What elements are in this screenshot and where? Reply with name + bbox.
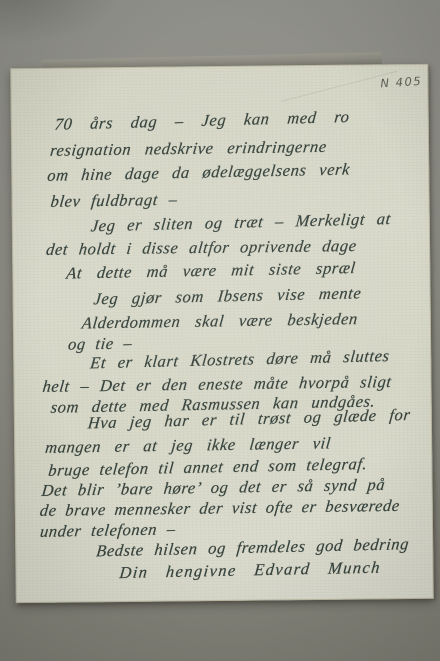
handwriting-line: Jeg gjør som Ibsens vise mente — [93, 283, 363, 308]
handwriting-line: de brave mennesker der vist ofte er besv… — [39, 496, 401, 520]
archival-number-label: N 405 — [380, 74, 423, 91]
photo-backdrop: N 405 70 års dag – Jeg kan med ro resign… — [0, 0, 440, 661]
letter-paper: N 405 70 års dag – Jeg kan med ro resign… — [10, 64, 434, 603]
handwriting-line: resignation nedskrive erindringerne — [49, 137, 328, 160]
handwriting-line: under telefonen – — [39, 519, 177, 541]
handwriting-line: 70 års dag – Jeg kan med ro — [54, 107, 351, 134]
handwriting-line: det holdt i disse altfor oprivende dage — [45, 236, 358, 259]
handwriting-line: og tie – — [67, 333, 133, 353]
handwriting-line: mangen er at jeg ikke længer vil — [44, 433, 332, 457]
handwriting-line: om hine dage da ødelæggelsens verk — [46, 159, 351, 184]
handwriting-line: Et er klart Klostrets døre må sluttes — [89, 346, 390, 372]
signature-line: Din hengivne Edvard Munch — [119, 558, 382, 583]
handwriting-line: Alderdommen skal være beskjeden — [81, 309, 359, 332]
corner-shade — [0, 0, 120, 44]
handwriting-line: At dette må være mit siste spræl — [65, 258, 356, 283]
handwriting-line: blev fuldbragt – — [50, 190, 179, 211]
handwriting-line: Jeg er sliten og træt – Merkeligt at — [90, 209, 392, 235]
